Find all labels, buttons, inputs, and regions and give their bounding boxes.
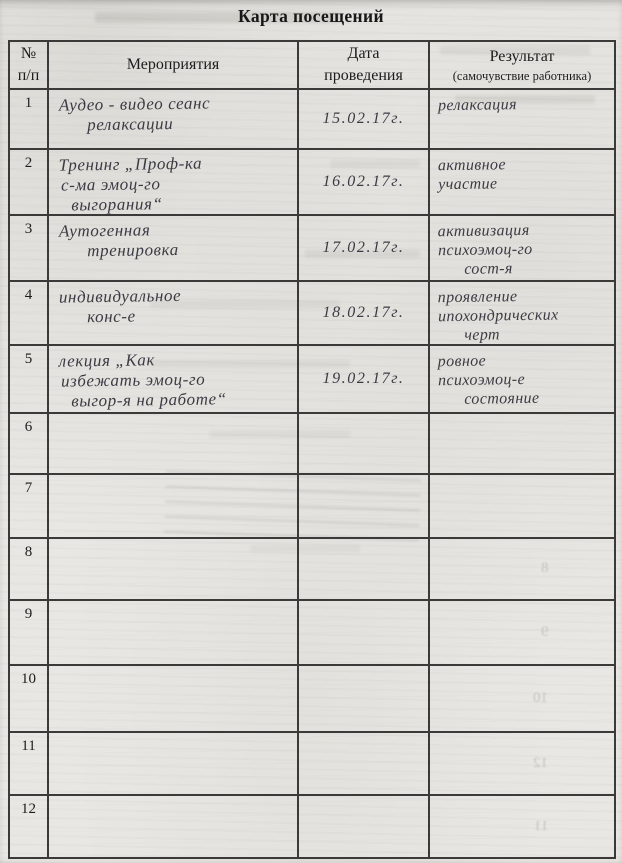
activities-cell: Тренинг „Проф-кас-ма эмоц-говыгорания“ [48,149,298,215]
activities-cell: лекция „Какизбежать эмоц-говыгор-я на ра… [48,345,298,413]
handwritten-date: 18.02.17г. [322,304,404,321]
handwritten-result: релаксация [438,94,612,115]
handwritten-line: проявление [438,286,612,307]
handwritten-line: участие [438,173,612,194]
handwritten-line: психоэмоц-е [438,369,612,390]
result-cell: релаксация [429,89,615,149]
table-row: 4индивидуальноеконс-е18.02.17г.проявлени… [9,281,615,345]
handwritten-activities [59,798,293,801]
date-cell: 15.02.17г. [298,89,429,149]
handwritten-result: проявлениеипохондрическихчерт [438,286,613,345]
result-cell: 8 [429,538,615,600]
col-header-num: № п/п [9,41,48,89]
handwritten-line: выгорания“ [71,192,293,215]
handwritten-activities: Аутогеннаятренировка [59,218,294,261]
row-number-cell: 7 [9,474,48,538]
bleedthrough-number: 12 [533,755,548,772]
bleedthrough-number: 11 [534,818,548,835]
handwritten-activities: Аудео - видео сеансрелаксации [59,92,294,135]
page-title: Карта посещений [0,6,622,27]
col-header-date: Дата проведения [298,41,429,89]
col-header-date-bottom: проведения [324,67,403,84]
table-row: 99 [9,600,615,665]
result-cell: ровноепсихоэмоц-есостояние [429,345,615,413]
handwritten-line: сост-я [464,258,612,279]
col-header-num-top: № [21,45,36,62]
handwritten-date: 17.02.17г. [322,239,404,256]
handwritten-activities [59,477,293,480]
result-cell [429,474,615,538]
col-header-result-sub: (самочувствие работника) [430,68,614,84]
handwritten-activities: Тренинг „Проф-кас-ма эмоц-говыгорания“ [59,152,294,215]
row-number-cell: 3 [9,215,48,281]
table-row: 1010 [9,665,615,732]
date-cell: 18.02.17г. [298,281,429,345]
scanned-document-page: Карта посещений № п/п Мероприятия Дата п… [0,0,622,863]
col-header-result: Результат (самочувствие работника) [429,41,615,89]
row-number-cell: 2 [9,149,48,215]
activities-cell: Аудео - видео сеансрелаксации [48,89,298,149]
handwritten-line: психоэмоц-го [438,239,612,260]
activities-cell: Аутогеннаятренировка [48,215,298,281]
table-row: 1112 [9,732,615,795]
table-row: 6 [9,413,615,474]
handwritten-activities [59,541,293,544]
result-cell: проявлениеипохондрическихчерт [429,281,615,345]
activities-cell [48,413,298,474]
date-cell [298,795,429,858]
activities-cell [48,665,298,732]
date-cell: 19.02.17г. [298,345,429,413]
result-cell: 9 [429,600,615,665]
handwritten-line: выгор-я на работе“ [71,388,293,411]
col-header-activities: Мероприятия [48,41,298,89]
row-number-cell: 11 [9,732,48,795]
row-number-cell: 9 [9,600,48,665]
handwritten-activities [59,735,293,738]
handwritten-activities [59,603,293,606]
table-row: 3Аутогеннаятренировка17.02.17г.активизац… [9,215,615,281]
row-number-cell: 4 [9,281,48,345]
handwritten-result [438,418,612,420]
table-body: 1Аудео - видео сеансрелаксации15.02.17г.… [9,89,615,858]
row-number-cell: 6 [9,413,48,474]
bleedthrough-number: 10 [533,690,548,707]
date-cell: 17.02.17г. [298,215,429,281]
header-row: № п/п Мероприятия Дата проведения Резуль… [9,41,615,89]
activities-cell [48,538,298,600]
handwritten-result: активизацияпсихоэмоц-госост-я [438,220,613,279]
handwritten-result [438,543,612,545]
table-row: 7 [9,474,615,538]
handwritten-result [438,737,612,739]
date-cell [298,600,429,665]
handwritten-line: релаксации [87,112,293,135]
handwritten-date: 16.02.17г. [322,173,404,190]
handwritten-date: 15.02.17г. [322,110,404,127]
row-number-cell: 10 [9,665,48,732]
row-number-cell: 12 [9,795,48,858]
result-cell: 10 [429,665,615,732]
handwritten-line: черт [464,324,612,345]
handwritten-activities [59,668,293,671]
bleedthrough-number: 8 [541,560,549,577]
handwritten-line: тренировка [87,238,293,261]
handwritten-line: ровное [438,350,612,371]
handwritten-activities [59,416,293,419]
date-cell: 16.02.17г. [298,149,429,215]
bleedthrough-number: 9 [541,624,549,641]
activities-cell: индивидуальноеконс-е [48,281,298,345]
col-header-result-top: Результат [490,48,555,65]
handwritten-result [438,605,612,607]
date-cell [298,474,429,538]
row-number-cell: 8 [9,538,48,600]
handwritten-result: ровноепсихоэмоц-есостояние [438,350,613,409]
handwritten-date: 19.02.17г. [322,370,404,387]
result-cell: активизацияпсихоэмоц-госост-я [429,215,615,281]
handwritten-activities: лекция „Какизбежать эмоц-говыгор-я на ра… [59,348,294,411]
handwritten-line: конс-е [87,304,293,327]
table-row: 5лекция „Какизбежать эмоц-говыгор-я на р… [9,345,615,413]
handwritten-result [438,800,612,802]
activities-cell [48,474,298,538]
table-row: 2Тренинг „Проф-кас-ма эмоц-говыгорания“1… [9,149,615,215]
activities-cell [48,600,298,665]
handwritten-line: состояние [464,388,612,409]
date-cell [298,665,429,732]
table-row: 1211 [9,795,615,858]
result-cell: активноеучастие [429,149,615,215]
handwritten-line: активное [438,154,612,175]
handwritten-line: активизация [438,220,612,241]
col-header-num-bottom: п/п [18,67,40,84]
row-number-cell: 1 [9,89,48,149]
result-cell [429,413,615,474]
activities-cell [48,732,298,795]
visits-table: № п/п Мероприятия Дата проведения Резуль… [8,40,616,859]
col-header-date-top: Дата [348,45,380,62]
table-row: 1Аудео - видео сеансрелаксации15.02.17г.… [9,89,615,149]
row-number-cell: 5 [9,345,48,413]
handwritten-result [438,670,612,672]
handwritten-activities: индивидуальноеконс-е [59,284,294,327]
handwritten-line: ипохондрических [438,305,612,326]
result-cell: 12 [429,732,615,795]
table-row: 88 [9,538,615,600]
activities-cell [48,795,298,858]
handwritten-result [438,479,612,481]
handwritten-result: активноеучастие [438,154,613,194]
handwritten-line: релаксация [438,94,612,115]
date-cell [298,732,429,795]
result-cell: 11 [429,795,615,858]
date-cell [298,413,429,474]
date-cell [298,538,429,600]
